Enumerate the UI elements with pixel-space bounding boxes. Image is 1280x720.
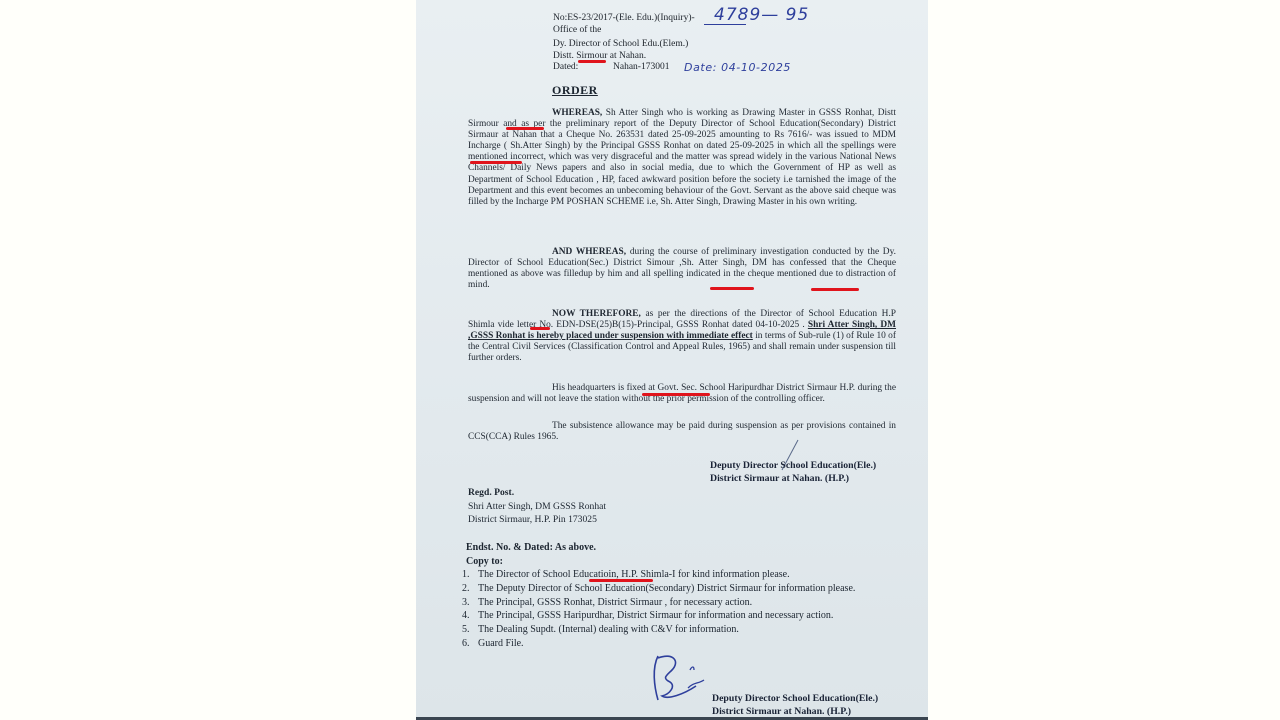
red-underline-mark: [506, 127, 544, 130]
recipient-block: Regd. Post. Shri Atter Singh, DM GSSS Ro…: [468, 486, 606, 527]
copy-to-list: 1.The Director of School Educatioin, H.P…: [462, 568, 912, 651]
endorsement-label: Endst. No. & Dated: As above.: [466, 542, 596, 553]
list-number: 5.: [462, 623, 478, 637]
bottom-signatory-title: Deputy Director School Education(Ele.): [712, 693, 878, 706]
list-number: 1.: [462, 568, 478, 582]
now-therefore-lead: NOW THEREFORE,: [552, 309, 641, 319]
red-underline-mark: [642, 393, 710, 396]
list-text: The Principal, GSSS Ronhat, District Sir…: [478, 596, 752, 610]
list-number: 6.: [462, 637, 478, 651]
list-item: 4.The Principal, GSSS Haripurdhar, Distr…: [462, 609, 912, 623]
bottom-signatory-block: Deputy Director School Education(Ele.) D…: [712, 693, 878, 718]
handwritten-underline: [704, 24, 746, 25]
and-whereas-paragraph: AND WHEREAS, during the course of prelim…: [468, 247, 896, 291]
ref-no-printed: No:ES-23/2017-(Ele. Edu.)(Inquiry)-: [553, 13, 695, 23]
list-text: The Deputy Director of School Education(…: [478, 582, 855, 596]
order-title: ORDER: [552, 83, 598, 98]
allowance-text: The subsistence allowance may be paid du…: [468, 421, 896, 442]
red-underline-mark: [811, 288, 859, 291]
copy-to-label: Copy to:: [466, 556, 503, 567]
list-item: 2.The Deputy Director of School Educatio…: [462, 582, 912, 596]
office-line-2: Dy. Director of School Edu.(Elem.): [553, 39, 688, 50]
recipient-address: District Sirmaur, H.P. Pin 173025: [468, 513, 606, 527]
dated-place: Nahan-173001: [613, 62, 669, 73]
office-line-1: Office of the: [553, 25, 601, 36]
ref-no-handwritten: 4789— 95: [714, 5, 809, 25]
red-underline-mark: [530, 327, 550, 330]
red-underline-mark: [470, 161, 522, 164]
signatory-title: Deputy Director School Education(Ele.): [710, 460, 876, 473]
list-item: 1.The Director of School Educatioin, H.P…: [462, 568, 912, 582]
red-underline-mark: [589, 579, 653, 582]
red-underline-mark: [710, 287, 754, 290]
red-underline-mark: [578, 60, 606, 63]
list-item: 3.The Principal, GSSS Ronhat, District S…: [462, 596, 912, 610]
signatory-location: District Sirmaur at Nahan. (H.P.): [710, 473, 876, 486]
list-item: 6.Guard File.: [462, 637, 912, 651]
list-text: The Dealing Supdt. (Internal) dealing wi…: [478, 623, 739, 637]
list-item: 5.The Dealing Supdt. (Internal) dealing …: [462, 623, 912, 637]
allowance-paragraph: The subsistence allowance may be paid du…: [468, 421, 896, 443]
whereas-text: Sh Atter Singh who is working as Drawing…: [468, 108, 896, 207]
and-whereas-lead: AND WHEREAS,: [552, 247, 626, 257]
list-number: 2.: [462, 582, 478, 596]
dated-label: Dated:: [553, 62, 578, 73]
list-text: Guard File.: [478, 637, 524, 651]
regd-post-label: Regd. Post.: [468, 486, 606, 500]
whereas-lead: WHEREAS,: [552, 108, 602, 118]
scanned-order-document: No:ES-23/2017-(Ele. Edu.)(Inquiry)- 4789…: [416, 0, 928, 720]
list-number: 3.: [462, 596, 478, 610]
recipient-name: Shri Atter Singh, DM GSSS Ronhat: [468, 500, 606, 514]
whereas-paragraph: WHEREAS, Sh Atter Singh who is working a…: [468, 108, 896, 208]
list-text: The Principal, GSSS Haripurdhar, Distric…: [478, 609, 833, 623]
date-handwritten: Date: 04-10-2025: [684, 61, 791, 74]
now-therefore-paragraph: NOW THEREFORE, as per the directions of …: [468, 309, 896, 364]
and-whereas-text: during the course of preliminary investi…: [468, 247, 896, 290]
list-number: 4.: [462, 609, 478, 623]
reference-number: No:ES-23/2017-(Ele. Edu.)(Inquiry)-: [553, 13, 695, 24]
signatory-block: Deputy Director School Education(Ele.) D…: [710, 460, 876, 485]
